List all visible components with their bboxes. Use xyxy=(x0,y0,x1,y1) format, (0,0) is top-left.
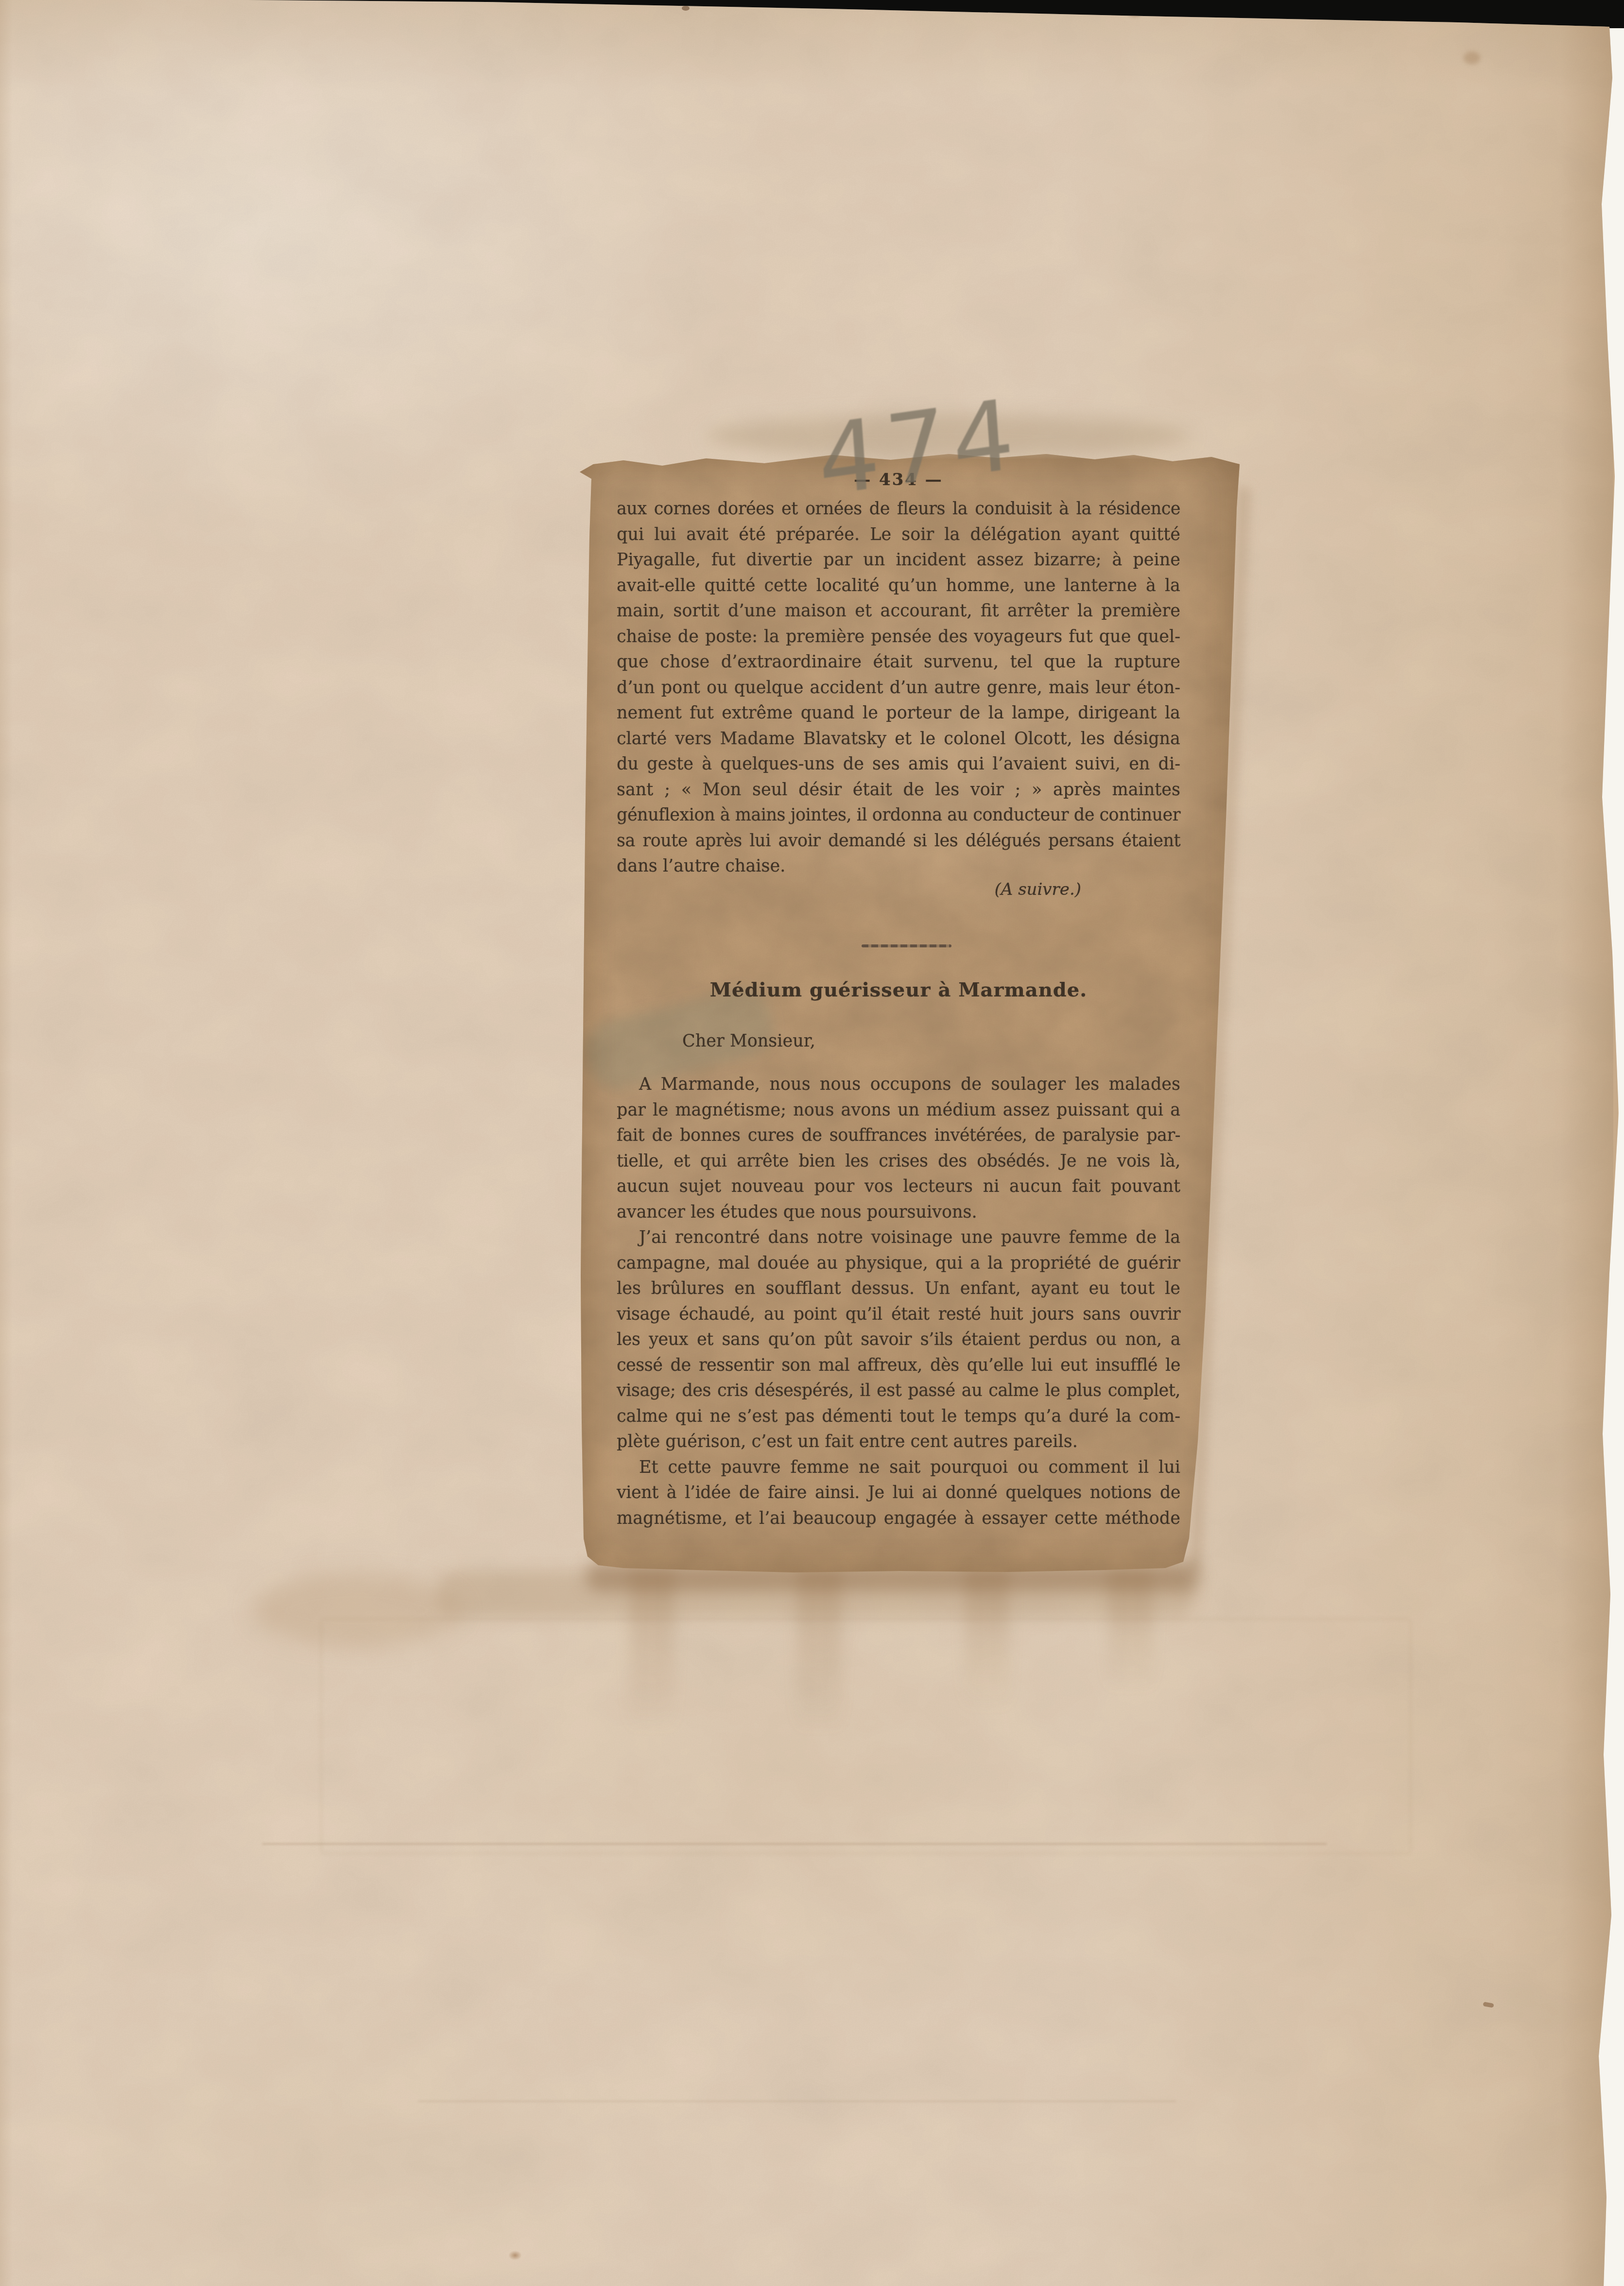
text-line: dans l’autre chaise. xyxy=(617,854,1180,879)
text-line: aucun sujet nouveau pour vos lecteurs ni… xyxy=(617,1174,1180,1200)
letter-salutation: Cher Monsieur, xyxy=(682,1031,815,1051)
stain-speck xyxy=(682,6,690,11)
clipping-paragraph-block-2: A Marmande, nous nous occupons de soulag… xyxy=(617,1072,1180,1531)
text-line: que chose d’extraordinaire était survenu… xyxy=(617,649,1180,675)
text-line: avait-elle quitté cette localité qu’un h… xyxy=(617,573,1180,599)
text-line: chaise de poste: la première pensée des … xyxy=(617,624,1180,650)
section-divider-rule xyxy=(862,944,951,947)
text-line: magnétisme, et l’ai beaucoup engagée à e… xyxy=(617,1506,1180,1532)
text-line: tielle, et qui arrête bien les crises de… xyxy=(617,1149,1180,1174)
text-line: qui lui avait été préparée. Le soir la d… xyxy=(617,522,1180,548)
text-line: nement fut extrême quand le porteur de l… xyxy=(617,700,1180,726)
text-line: sa route après lui avoir demandé si les … xyxy=(617,828,1180,854)
text-line: Et cette pauvre femme ne sait pourquoi o… xyxy=(617,1455,1180,1481)
text-line: d’un pont ou quelque accident d’un autre… xyxy=(617,675,1180,701)
continuation-marker: (A suivre.) xyxy=(995,880,1082,899)
left-edge-shading xyxy=(0,0,13,2286)
text-line: visage; des cris désespérés, il est pass… xyxy=(617,1378,1180,1404)
text-line: du geste à quelques-uns de ses amis qui … xyxy=(617,751,1180,777)
crease-line xyxy=(262,1843,1327,1845)
impressed-rectangle-mark xyxy=(321,1619,1411,1854)
text-line: par le magnétisme; nous avons un médium … xyxy=(617,1098,1180,1123)
text-line: cessé de ressentir son mal affreux, dès … xyxy=(617,1353,1180,1379)
crease-line xyxy=(418,2101,1176,2102)
stain-speck xyxy=(1483,2002,1494,2008)
text-line: visage échaudé, au point qu’il était res… xyxy=(617,1302,1180,1327)
text-line: J’ai rencontré dans notre voisinage une … xyxy=(617,1225,1180,1251)
text-line: les yeux et sans qu’on pût savoir s’ils … xyxy=(617,1327,1180,1353)
text-line: clarté vers Madame Blavatsky et le colon… xyxy=(617,726,1180,752)
text-line: avancer les études que nous poursuivons. xyxy=(617,1200,1180,1225)
clipping-paragraph-block-1: aux cornes dorées et ornées de fleurs la… xyxy=(617,496,1180,879)
text-line: campagne, mal douée au physique, qui a l… xyxy=(617,1251,1180,1276)
text-line: calme qui ne s’est pas démenti tout le t… xyxy=(617,1404,1180,1430)
text-line: vient à l’idée de faire ainsi. Je lui ai… xyxy=(617,1480,1180,1506)
text-line: sant ; « Mon seul désir était de les voi… xyxy=(617,777,1180,803)
text-line: les brûlures en soufflant dessus. Un enf… xyxy=(617,1276,1180,1302)
text-line: Piyagalle, fut divertie par un incident … xyxy=(617,547,1180,573)
text-line: A Marmande, nous nous occupons de soulag… xyxy=(617,1072,1180,1098)
text-line: plète guérison, c’est un fait entre cent… xyxy=(617,1429,1180,1455)
handwritten-number: 474 xyxy=(815,385,1023,511)
article-heading: Médium guérisseur à Marmande. xyxy=(617,978,1180,1001)
text-line: fait de bonnes cures de souffrances invé… xyxy=(617,1123,1180,1149)
stain-speck xyxy=(1464,52,1480,64)
text-line: main, sortit d’une maison et accourant, … xyxy=(617,598,1180,624)
scanned-page: — 434 — aux cornes dorées et ornées de f… xyxy=(0,0,1624,2286)
stain-speck xyxy=(508,2251,522,2260)
deckled-edge-shading xyxy=(1560,0,1618,2286)
text-line: génuflexion à mains jointes, il ordonna … xyxy=(617,803,1180,828)
newspaper-clipping: — 434 — aux cornes dorées et ornées de f… xyxy=(580,450,1242,1575)
